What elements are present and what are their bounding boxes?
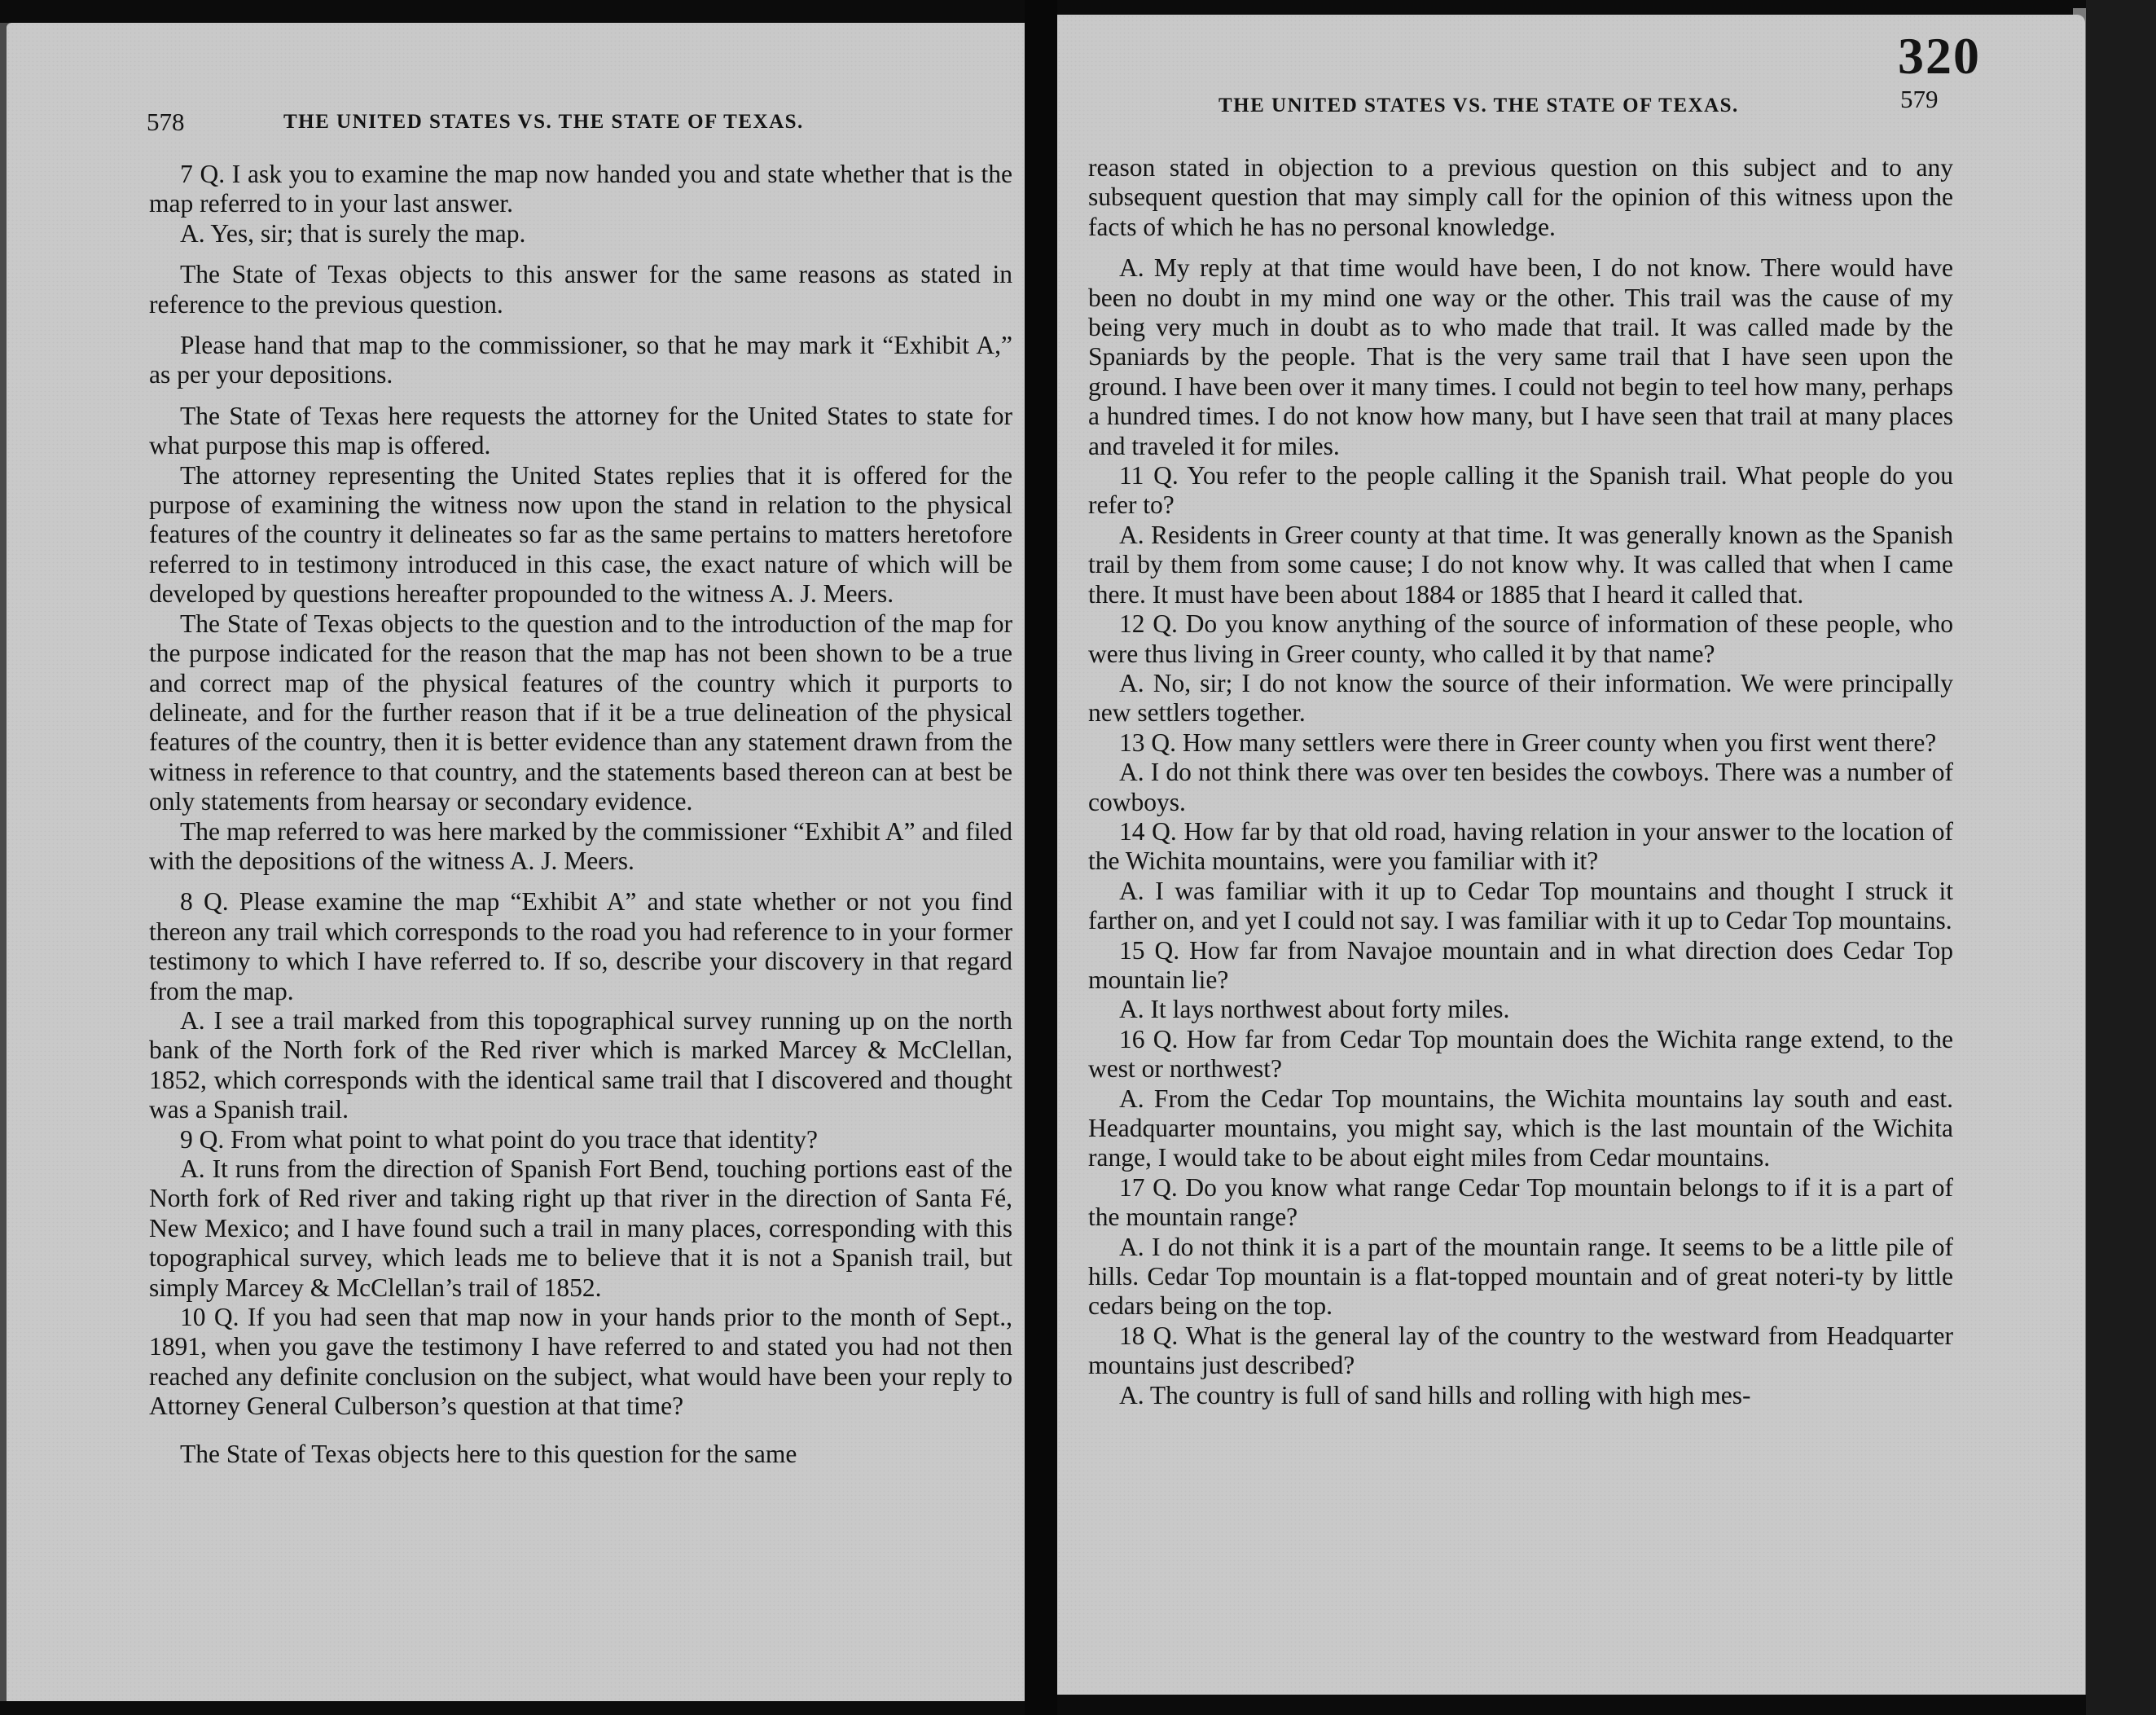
paragraph-question-15: 15 Q. How far from Navajoe mountain and … [1088,936,1953,996]
book-gutter [1025,0,1057,1715]
paragraph-question-16: 16 Q. How far from Cedar Top mountain do… [1088,1025,1953,1084]
paragraph-question-13: 13 Q. How many settlers were there in Gr… [1088,728,1953,758]
left-page: 578 THE UNITED STATES VS. THE STATE OF T… [7,23,1025,1701]
paragraph-request: The State of Texas here requests the att… [149,402,1012,461]
paragraph-answer-8: A. I see a trail marked from this topogr… [149,1006,1012,1125]
paragraph-question-7: 7 Q. I ask you to examine the map now ha… [149,160,1012,219]
paragraph-objection-2: The State of Texas objects to the questi… [149,609,1012,817]
paragraph-exhibit-note: The map referred to was here marked by t… [149,817,1012,877]
left-text-column: 7 Q. I ask you to examine the map now ha… [149,160,1012,1469]
paragraph-objection-continued: reason stated in objection to a previous… [1088,153,1953,242]
paragraph-answer-11: A. Residents in Greer county at that tim… [1088,521,1953,609]
paragraph-question-11: 11 Q. You refer to the people calling it… [1088,461,1953,521]
left-running-head: THE UNITED STATES VS. THE STATE OF TEXAS… [283,111,804,134]
paragraph-instruction: Please hand that map to the commissioner… [149,331,1012,390]
paragraph-question-10: 10 Q. If you had seen that map now in yo… [149,1303,1012,1422]
book-right-edge-shadow [2086,0,2156,1715]
paragraph-answer-18: A. The country is full of sand hills and… [1088,1381,1953,1410]
paragraph-reply: The attorney representing the United Sta… [149,461,1012,609]
paragraph-objection-3: The State of Texas objects here to this … [149,1440,1012,1469]
paragraph-answer-13: A. I do not think there was over ten bes… [1088,758,1953,817]
paragraph-question-12: 12 Q. Do you know anything of the source… [1088,609,1953,669]
paragraph-question-8: 8 Q. Please examine the map “Exhibit A” … [149,887,1012,1006]
right-running-head: THE UNITED STATES VS. THE STATE OF TEXAS… [1219,95,1739,117]
paragraph-answer-9: A. It runs from the direction of Spanish… [149,1154,1012,1303]
paragraph-question-17: 17 Q. Do you know what range Cedar Top m… [1088,1173,1953,1233]
paragraph-question-18: 18 Q. What is the general lay of the cou… [1088,1321,1953,1381]
right-page-number: 579 [1900,85,1939,114]
paragraph-objection: The State of Texas objects to this answe… [149,260,1012,319]
left-page-number: 578 [147,108,185,137]
paragraph-answer-16: A. From the Cedar Top mountains, the Wic… [1088,1084,1953,1173]
right-text-column: reason stated in objection to a previous… [1088,153,1953,1410]
paragraph-answer-17: A. I do not think it is a part of the mo… [1088,1233,1953,1321]
paragraph-question-14: 14 Q. How far by that old road, having r… [1088,817,1953,877]
paragraph-question-9: 9 Q. From what point to what point do yo… [149,1125,1012,1154]
paragraph-answer-12: A. No, sir; I do not know the source of … [1088,669,1953,728]
right-page: 320 579 THE UNITED STATES VS. THE STATE … [1057,15,2085,1695]
stamp-number: 320 [1898,26,1981,86]
paragraph-answer-14: A. I was familiar with it up to Cedar To… [1088,877,1953,936]
paragraph-answer-15: A. It lays northwest about forty miles. [1088,995,1953,1024]
paragraph-answer-7: A. Yes, sir; that is surely the map. [149,219,1012,248]
paragraph-answer-10: A. My reply at that time would have been… [1088,253,1953,461]
